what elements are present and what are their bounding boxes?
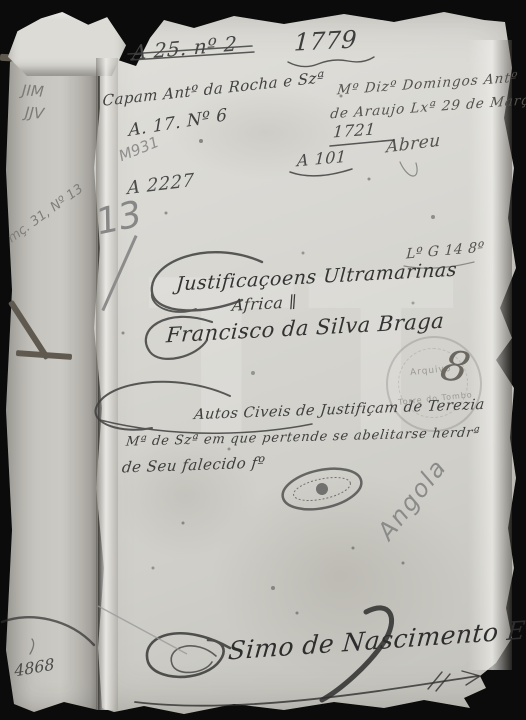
spine-mark-line2: JJV — [24, 103, 44, 122]
title-africa: Africa ∥ — [231, 292, 297, 314]
paper-specks — [0, 0, 2, 2]
manuscript-photo: TT Arquivo Torre do Tombo A 25. nº 2 177… — [0, 0, 526, 720]
year-annotation: 1779 — [293, 25, 357, 56]
spine-mark-line1: JIM — [21, 81, 44, 100]
book-spine — [4, 10, 98, 716]
page-fold-crease — [96, 58, 118, 710]
despacho-note-year: 1721 — [332, 119, 376, 141]
page-right-edge-curl — [468, 40, 512, 670]
